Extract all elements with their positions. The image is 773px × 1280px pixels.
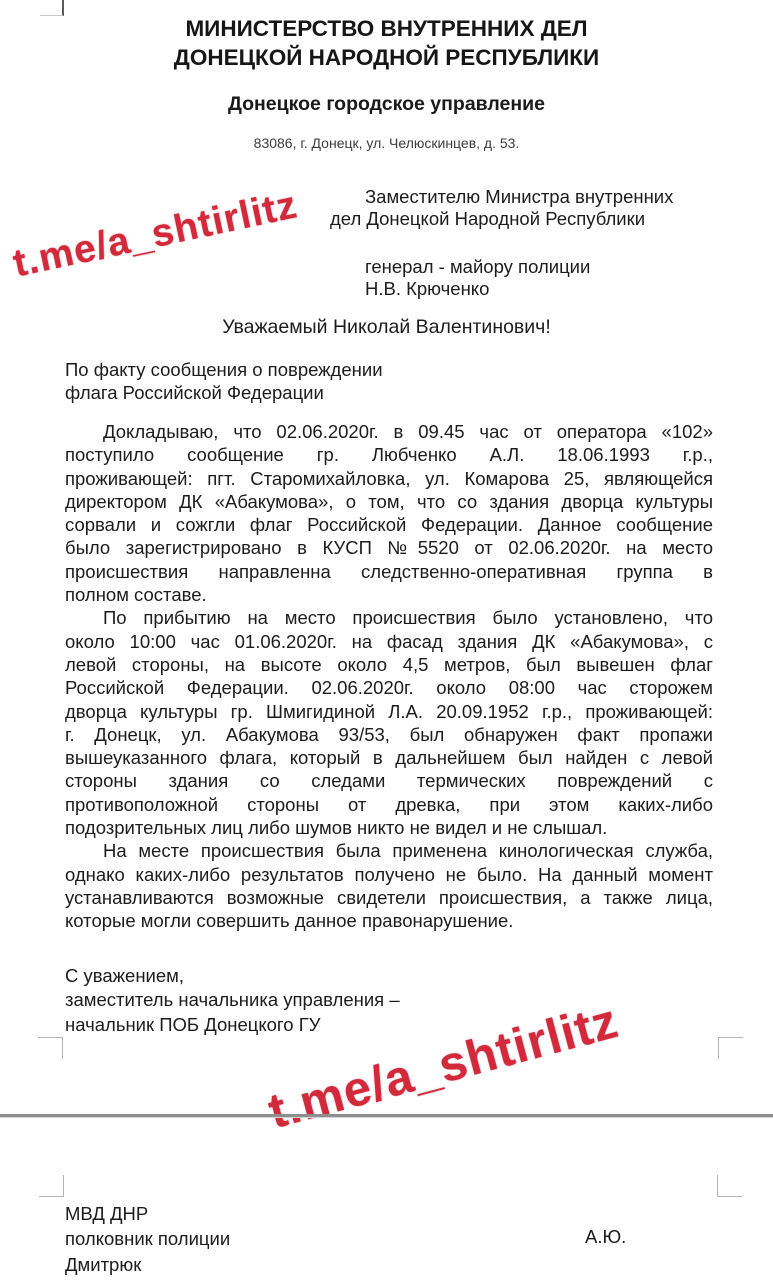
org-address: 83086, г. Донецк, ул. Челюскинцев, д. 53… — [0, 135, 773, 151]
body-line: По прибытию на место происшествия было у… — [65, 606, 713, 629]
body-line: около 10:00 час 01.06.2020г. на фасад зд… — [65, 630, 713, 653]
body-line: полном составе. — [65, 583, 713, 606]
text-boundary-mark-page2-top-left — [39, 1175, 64, 1197]
body-line: однако каких-либо результатов получено н… — [65, 863, 713, 886]
body-line: которые могли совершить данное правонару… — [65, 909, 713, 932]
subject-line2: флага Российской Федерации — [65, 382, 383, 405]
signature-rank: полковник полиции — [65, 1226, 230, 1251]
closing-line2: заместитель начальника управления – — [65, 988, 400, 1012]
body-line: стороны здания со следами термических по… — [65, 769, 713, 792]
body-line: устанавливаются возможные свидетели прои… — [65, 886, 713, 909]
body-line: поступило сообщение гр. Любченко А.Л. 18… — [65, 443, 713, 466]
recipient-block: Заместителю Министра внутренних дел Доне… — [0, 186, 773, 300]
closing-line1: С уважением, — [65, 964, 400, 988]
ministry-title-line1: МИНИСТЕРСТВО ВНУТРЕННИХ ДЕЛ — [0, 14, 773, 43]
text-boundary-mark-page1-bottom-left — [38, 1037, 63, 1059]
body-line: вышеуказанного флага, который в дальнейш… — [65, 746, 713, 769]
body-line: левой стороны, на высоте около 4,5 метро… — [65, 653, 713, 676]
closing-line3: начальник ПОБ Донецкого ГУ — [65, 1013, 400, 1037]
signature-initials: А.Ю. — [585, 1226, 626, 1248]
body-line: противоположной стороны от древка, при э… — [65, 793, 713, 816]
body-line: проживающей: пгт. Старомихайловка, ул. К… — [65, 467, 713, 490]
recipient-line2: дел Донецкой Народной Республики — [330, 208, 773, 230]
text-boundary-mark-page2-top-right — [717, 1175, 742, 1197]
body-line: Российской Федерации. 02.06.2020г. около… — [65, 676, 713, 699]
body-line: было зарегистрировано в КУСП №5520 от 02… — [65, 536, 713, 559]
signature-block: МВД ДНР полковник полиции Дмитрюк — [65, 1201, 230, 1277]
ministry-title: МИНИСТЕРСТВО ВНУТРЕННИХ ДЕЛ ДОНЕЦКОЙ НАР… — [0, 14, 773, 72]
document-page: { "colors":{"watermark":"#d2293b","text"… — [0, 0, 773, 1280]
body-line: директором ДК «Абакумова», о том, что со… — [65, 490, 713, 513]
department-title: Донецкое городское управление — [0, 93, 773, 116]
recipient-line1: Заместителю Министра внутренних — [365, 186, 773, 208]
body-text: Докладываю, что 02.06.2020г. в 09.45 час… — [65, 420, 713, 933]
page-separator-line — [0, 1114, 773, 1118]
body-line: дворца культуры гр. Шмигидиной Л.А. 20.0… — [65, 700, 713, 723]
text-boundary-mark-page1-bottom-right — [718, 1037, 743, 1059]
body-line: сорвали и сожгли флаг Российской Федерац… — [65, 513, 713, 536]
body-line: подозрительных лиц либо шумов никто не в… — [65, 816, 713, 839]
body-line: Докладываю, что 02.06.2020г. в 09.45 час… — [65, 420, 713, 443]
ministry-title-line2: ДОНЕЦКОЙ НАРОДНОЙ РЕСПУБЛИКИ — [0, 43, 773, 72]
subject-block: По факту сообщения о повреждении флага Р… — [65, 359, 383, 404]
closing-block: С уважением, заместитель начальника упра… — [65, 964, 400, 1037]
signature-surname: Дмитрюк — [65, 1252, 230, 1277]
signature-org: МВД ДНР — [65, 1201, 230, 1226]
body-line: происшествия направленна следственно-опе… — [65, 560, 713, 583]
subject-line1: По факту сообщения о повреждении — [65, 359, 383, 382]
recipient-rank: генерал - майору полиции — [365, 256, 773, 278]
recipient-name: Н.В. Крюченко — [365, 278, 773, 300]
salutation: Уважаемый Николай Валентинович! — [0, 316, 773, 339]
body-line: На месте происшествия была применена кин… — [65, 839, 713, 862]
body-line: г. Донецк, ул. Абакумова 93/53, был обна… — [65, 723, 713, 746]
